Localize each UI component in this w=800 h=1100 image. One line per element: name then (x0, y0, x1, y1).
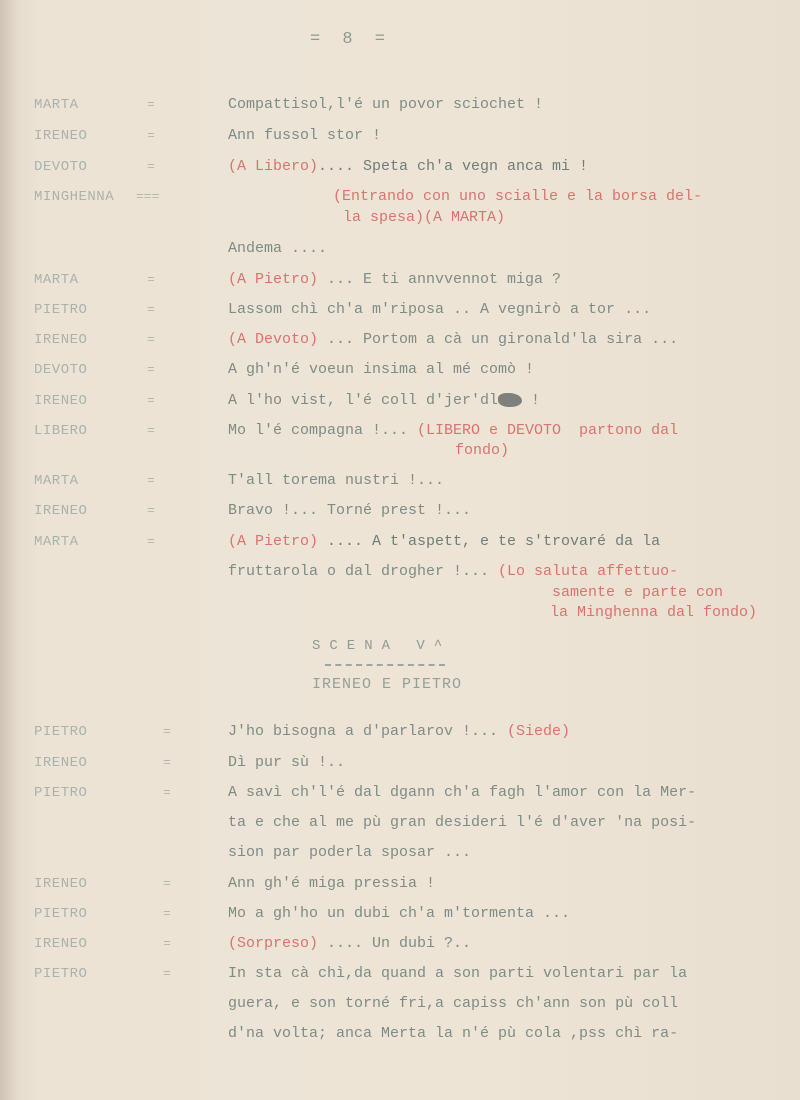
separator: = (163, 748, 171, 778)
speaker-name: DEVOTO (34, 152, 87, 182)
dialogue-text: sion par poderla sposar ... (228, 838, 471, 868)
separator: = (163, 929, 171, 959)
separator: = (147, 416, 155, 446)
dialogue-text: A savì ch'l'é dal dgann ch'a fagh l'amor… (228, 778, 696, 808)
separator: = (147, 295, 155, 325)
separator: = (147, 466, 155, 496)
speaker-name: PIETRO (34, 899, 87, 929)
dialogue-text: (A Libero).... Speta ch'a vegn anca mi ! (228, 152, 588, 182)
separator: = (147, 527, 155, 557)
page-number: = 8 = (310, 30, 391, 49)
dialogue-text: Dì pur sù !.. (228, 748, 345, 778)
dialogue-text: Mo a gh'ho un dubi ch'a m'tormenta ... (228, 899, 570, 929)
speaker-name: IRENEO (34, 121, 87, 151)
separator: = (163, 778, 171, 808)
separator: = (163, 899, 171, 929)
dialogue-text-body: J'ho bisogna a d'parlarov !... (228, 723, 507, 740)
separator: = (147, 355, 155, 385)
stage-direction: (Sorpreso) (228, 935, 318, 952)
separator: = (147, 325, 155, 355)
stage-direction: (A Pietro) (228, 533, 318, 550)
speaker-name: PIETRO (34, 959, 87, 989)
stage-direction: la spesa)(A MARTA) (343, 203, 505, 233)
speaker-name: IRENEO (34, 386, 87, 416)
speaker-name: MINGHENNA (34, 182, 114, 212)
separator: = (147, 152, 155, 182)
dialogue-text: Bravo !... Torné prest !... (228, 496, 471, 526)
dialogue-text: In sta cà chì,da quand a son parti volen… (228, 959, 687, 989)
dialogue-text-body: .... Un dubi ?.. (318, 935, 471, 952)
separator: = (163, 717, 171, 747)
ink-blot-icon (498, 393, 522, 407)
speaker-name: MARTA (34, 90, 79, 120)
separator: = (147, 496, 155, 526)
stage-direction: fondo) (455, 436, 509, 466)
separator: = (163, 869, 171, 899)
speaker-name: PIETRO (34, 778, 87, 808)
dialogue-text-body: Mo l'é compagna !... (228, 422, 417, 439)
separator: = (147, 121, 155, 151)
dialogue-text: (Sorpreso) .... Un dubi ?.. (228, 929, 471, 959)
dialogue-text: Mo l'é compagna !... (LIBERO e DEVOTO pa… (228, 416, 678, 446)
speaker-name: MARTA (34, 466, 79, 496)
separator: = (163, 959, 171, 989)
dialogue-text-end: ! (522, 392, 540, 409)
dialogue-text: Lassom chì ch'a m'riposa .. A vegnirò a … (228, 295, 651, 325)
dialogue-text-body: ... Portom a cà un gironald'la sira ... (318, 331, 678, 348)
dialogue-text: T'all torema nustri !... (228, 466, 444, 496)
dialogue-text: ta e che al me pù gran desideri l'é d'av… (228, 808, 696, 838)
speaker-name: IRENEO (34, 869, 87, 899)
dialogue-text: (A Pietro) ... E ti annvvennot miga ? (228, 265, 561, 295)
dialogue-text: Andema .... (228, 234, 327, 264)
separator: === (136, 182, 159, 212)
dialogue-text: guera, e son torné fri,a capiss ch'ann s… (228, 989, 678, 1019)
speaker-name: LIBERO (34, 416, 87, 446)
separator: = (147, 265, 155, 295)
dialogue-text-body: .... Speta ch'a vegn anca mi ! (318, 158, 588, 175)
speaker-name: IRENEO (34, 929, 87, 959)
stage-direction: (A Pietro) (228, 271, 318, 288)
dialogue-text: Compattisol,l'é un povor sciochet ! (228, 90, 543, 120)
dialogue-text: Ann gh'é miga pressia ! (228, 869, 435, 899)
stage-direction: (Siede) (507, 723, 570, 740)
dialogue-text: A l'ho vist, l'é coll d'jer'dl ! (228, 386, 540, 416)
dialogue-text: (A Devoto) ... Portom a cà un gironald'l… (228, 325, 678, 355)
dialogue-text-body: A l'ho vist, l'é coll d'jer'dl (228, 392, 498, 409)
stage-direction: (A Libero) (228, 158, 318, 175)
dialogue-text-body: .... A t'aspett, e te s'trovaré da la (318, 533, 660, 550)
speaker-name: IRENEO (34, 325, 87, 355)
speaker-name: IRENEO (34, 496, 87, 526)
scene-title: SCENA V^ (312, 638, 451, 654)
speaker-name: MARTA (34, 265, 79, 295)
speaker-name: PIETRO (34, 717, 87, 747)
dialogue-text: Ann fussol stor ! (228, 121, 381, 151)
scene-underline (325, 664, 445, 666)
dialogue-text: d'na volta; anca Merta la n'é pù cola ,p… (228, 1019, 678, 1049)
speaker-name: DEVOTO (34, 355, 87, 385)
speaker-name: MARTA (34, 527, 79, 557)
dialogue-text: A gh'n'é voeun insima al mé comò ! (228, 355, 534, 385)
dialogue-text: (A Pietro) .... A t'aspett, e te s'trova… (228, 527, 660, 557)
dialogue-text: J'ho bisogna a d'parlarov !... (Siede) (228, 717, 570, 747)
dialogue-text-body: ... E ti annvvennot miga ? (318, 271, 561, 288)
stage-direction: (A Devoto) (228, 331, 318, 348)
speaker-name: IRENEO (34, 748, 87, 778)
speaker-name: PIETRO (34, 295, 87, 325)
scene-characters: IRENEO E PIETRO (312, 676, 462, 693)
separator: = (147, 90, 155, 120)
separator: = (147, 386, 155, 416)
dialogue-text-body: fruttarola o dal drogher !... (228, 563, 498, 580)
stage-direction: la Minghenna dal fondo) (550, 598, 757, 628)
